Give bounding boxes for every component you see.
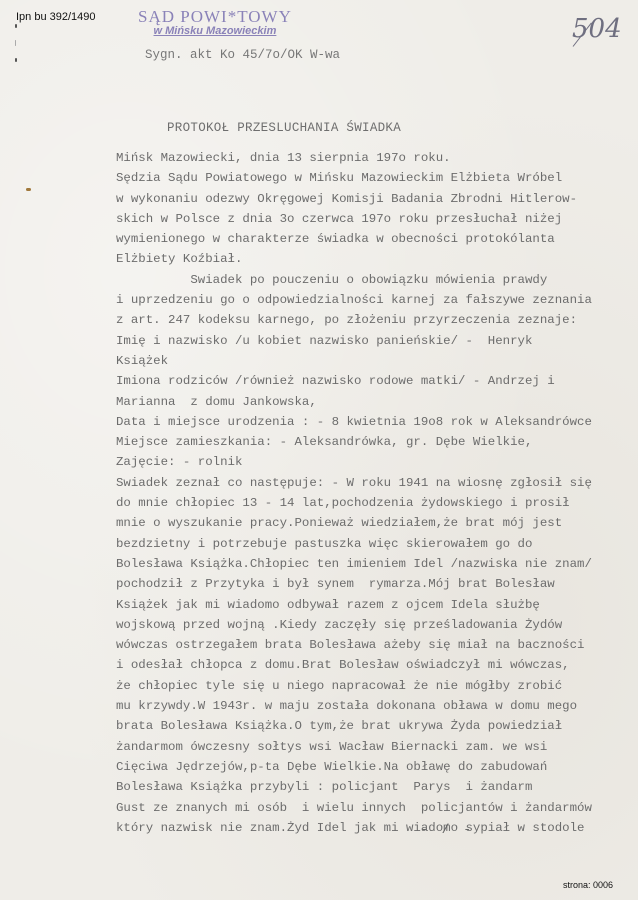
document-line: który nazwisk nie znam.Żyd Idel jak mi w…	[116, 818, 636, 838]
document-line: skich w Polsce z dnia 3o czerwca 197o ro…	[116, 209, 636, 229]
document-line: wówczas ostrzegałem brata Bolesława ażeb…	[116, 635, 636, 655]
document-line: Cięciwa Jędrzejów,p-ta Dębe Wielkie.Na o…	[116, 757, 636, 777]
document-line: i uprzedzeniu go o odpowiedzialności kar…	[116, 290, 636, 310]
document-line: Marianna z domu Jankowska,	[116, 392, 636, 412]
page-footer: strona: 0006	[563, 880, 613, 890]
document-body: Mińsk Mazowiecki, dnia 13 sierpnia 197o …	[116, 148, 636, 838]
document-line: w wykonaniu odezwy Okręgowej Komisji Bad…	[116, 189, 636, 209]
document-line: Mińsk Mazowiecki, dnia 13 sierpnia 197o …	[116, 148, 636, 168]
stamp-line-2: w Mińsku Mazowieckim	[138, 25, 292, 37]
document-line: żandarmom ówczesny sołtys wsi Wacław Bie…	[116, 737, 636, 757]
document-line: Data i miejsce urodzenia : - 8 kwietnia …	[116, 412, 636, 432]
document-line: i odesłał chłopca z domu.Brat Bolesław o…	[116, 655, 636, 675]
margin-mark	[15, 24, 17, 28]
margin-mark	[15, 40, 16, 46]
document-line: że chłopiec tyle się u niego napracował …	[116, 676, 636, 696]
archive-id: Ipn bu 392/1490	[16, 11, 96, 23]
document-line: Bolesława Książka przybyli : policjant P…	[116, 777, 636, 797]
margin-mark	[15, 58, 17, 62]
document-line: pochodził z Przytyka i był synem rymarza…	[116, 574, 636, 594]
document-line: do mnie chłopiec 13 - 14 lat,pochodzenia…	[116, 493, 636, 513]
document-line: Bolesława Książka.Chłopiec ten imieniem …	[116, 554, 636, 574]
document-line: Swiadek zeznał co następuje: - W roku 19…	[116, 473, 636, 493]
document-title: PROTOKOŁ PRZESLUCHANIA ŚWIADKA	[167, 121, 401, 135]
document-line: z art. 247 kodeksu karnego, po złożeniu …	[116, 310, 636, 330]
document-line: Książek	[116, 351, 636, 371]
paper-stain	[26, 188, 31, 191]
document-line: Gust ze znanych mi osób i wielu innych p…	[116, 798, 636, 818]
document-line: Sędzia Sądu Powiatowego w Mińsku Mazowie…	[116, 168, 636, 188]
document-line: Książek jak mi wiadomo odbywał razem z o…	[116, 595, 636, 615]
court-stamp: SĄD POWI*TOWY w Mińsku Mazowieckim	[138, 7, 292, 37]
folio-number: 504	[572, 14, 622, 44]
document-line: Imiona rodziców /również nazwisko rodowe…	[116, 371, 636, 391]
document-line: Swiadek po pouczeniu o obowiązku mówieni…	[116, 270, 636, 290]
document-line: wymienionego w charakterze świadka w obe…	[116, 229, 636, 249]
document-line: Zajęcie: - rolnik	[116, 452, 636, 472]
document-line: Elżbiety Koźbiał.	[116, 249, 636, 269]
document-line: Imię i nazwisko /u kobiet nazwisko panie…	[116, 331, 636, 351]
page-marker: - / -	[420, 822, 474, 837]
stamp-line-1: SĄD POWI*TOWY	[138, 7, 292, 27]
document-line: Miejsce zamieszkania: - Aleksandrówka, g…	[116, 432, 636, 452]
document-line: wojskową przed wojną .Kiedy zaczęły się …	[116, 615, 636, 635]
document-line: brata Bolesława Książka.O tym,że brat uk…	[116, 716, 636, 736]
document-line: bezdzietny i potrzebuje pastuszka więc s…	[116, 534, 636, 554]
document-line: mnie o wyszukanie pracy.Ponieważ wiedzia…	[116, 513, 636, 533]
document-line: mu krzywdy.W 1943r. w maju została dokon…	[116, 696, 636, 716]
signature-ref: Sygn. akt Ko 45/7o/OK W-wa	[145, 48, 340, 62]
